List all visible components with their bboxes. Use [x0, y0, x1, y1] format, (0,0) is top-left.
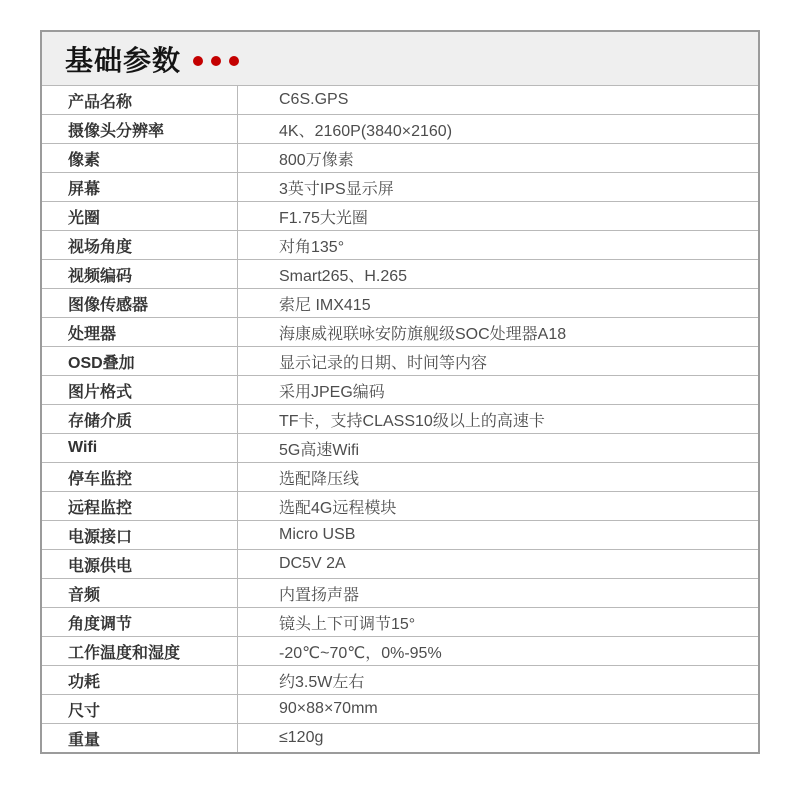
spec-label: 停车监控	[42, 463, 238, 491]
table-row: 存储介质 TF卡，支持CLASS10级以上的高速卡	[42, 404, 758, 433]
spec-label: 产品名称	[42, 86, 238, 114]
spec-value: 对角135°	[238, 231, 758, 259]
spec-value: 90×88×70mm	[238, 695, 758, 723]
spec-label: 摄像头分辨率	[42, 115, 238, 143]
spec-label: 存储介质	[42, 405, 238, 433]
spec-table: 产品名称 C6S.GPS 摄像头分辨率 4K、2160P(3840×2160) …	[42, 85, 758, 752]
spec-label: 角度调节	[42, 608, 238, 636]
spec-value: 显示记录的日期、时间等内容	[238, 347, 758, 375]
table-row: 光圈 F1.75大光圈	[42, 201, 758, 230]
spec-value: 选配4G远程模块	[238, 492, 758, 520]
red-dot-icon	[193, 56, 203, 66]
spec-header: 基础参数	[42, 32, 758, 85]
spec-card: 基础参数 产品名称 C6S.GPS 摄像头分辨率 4K、2160P(3840×2…	[40, 30, 760, 754]
table-row: 停车监控 选配降压线	[42, 462, 758, 491]
spec-value: 采用JPEG编码	[238, 376, 758, 404]
spec-label: 光圈	[42, 202, 238, 230]
spec-label: 尺寸	[42, 695, 238, 723]
spec-label: Wifi	[42, 434, 238, 462]
spec-label: 远程监控	[42, 492, 238, 520]
ellipsis-dots-icon	[193, 56, 239, 66]
spec-label: 功耗	[42, 666, 238, 694]
table-row: 角度调节 镜头上下可调节15°	[42, 607, 758, 636]
spec-value: 索尼 IMX415	[238, 289, 758, 317]
spec-value: 3英寸IPS显示屏	[238, 173, 758, 201]
spec-label: 音频	[42, 579, 238, 607]
red-dot-icon	[229, 56, 239, 66]
spec-label: 图片格式	[42, 376, 238, 404]
spec-value: 800万像素	[238, 144, 758, 172]
spec-value: ≤120g	[238, 724, 758, 752]
table-row: 远程监控 选配4G远程模块	[42, 491, 758, 520]
spec-value: 4K、2160P(3840×2160)	[238, 115, 758, 143]
spec-value: Smart265、H.265	[238, 260, 758, 288]
table-row: Wifi 5G高速Wifi	[42, 433, 758, 462]
table-row: 处理器 海康威视联咏安防旗舰级SOC处理器A18	[42, 317, 758, 346]
spec-label: 电源接口	[42, 521, 238, 549]
table-row: 功耗 约3.5W左右	[42, 665, 758, 694]
spec-label: 视场角度	[42, 231, 238, 259]
table-row: 重量 ≤120g	[42, 723, 758, 752]
table-row: 电源接口 Micro USB	[42, 520, 758, 549]
spec-value: 海康威视联咏安防旗舰级SOC处理器A18	[238, 318, 758, 346]
page-title: 基础参数	[65, 39, 181, 79]
table-row: 图像传感器 索尼 IMX415	[42, 288, 758, 317]
table-row: 像素 800万像素	[42, 143, 758, 172]
spec-value: 选配降压线	[238, 463, 758, 491]
spec-value: TF卡，支持CLASS10级以上的高速卡	[238, 405, 758, 433]
table-row: 尺寸 90×88×70mm	[42, 694, 758, 723]
table-row: 音频 内置扬声器	[42, 578, 758, 607]
spec-value: C6S.GPS	[238, 86, 758, 114]
table-row: 电源供电 DC5V 2A	[42, 549, 758, 578]
spec-label: 处理器	[42, 318, 238, 346]
red-dot-icon	[211, 56, 221, 66]
spec-value: Micro USB	[238, 521, 758, 549]
spec-value: 内置扬声器	[238, 579, 758, 607]
table-row: 视场角度 对角135°	[42, 230, 758, 259]
table-row: OSD叠加 显示记录的日期、时间等内容	[42, 346, 758, 375]
spec-label: 图像传感器	[42, 289, 238, 317]
spec-label: 电源供电	[42, 550, 238, 578]
spec-value: 镜头上下可调节15°	[238, 608, 758, 636]
spec-value: F1.75大光圈	[238, 202, 758, 230]
spec-value: DC5V 2A	[238, 550, 758, 578]
spec-label: 屏幕	[42, 173, 238, 201]
table-row: 视频编码 Smart265、H.265	[42, 259, 758, 288]
table-row: 屏幕 3英寸IPS显示屏	[42, 172, 758, 201]
table-row: 产品名称 C6S.GPS	[42, 85, 758, 114]
spec-label: 视频编码	[42, 260, 238, 288]
spec-label: 工作温度和湿度	[42, 637, 238, 665]
spec-label: OSD叠加	[42, 347, 238, 375]
spec-label: 像素	[42, 144, 238, 172]
spec-value: -20℃~70℃，0%-95%	[238, 637, 758, 665]
spec-value: 约3.5W左右	[238, 666, 758, 694]
table-row: 图片格式 采用JPEG编码	[42, 375, 758, 404]
table-row: 工作温度和湿度 -20℃~70℃，0%-95%	[42, 636, 758, 665]
spec-label: 重量	[42, 724, 238, 752]
spec-value: 5G高速Wifi	[238, 434, 758, 462]
table-row: 摄像头分辨率 4K、2160P(3840×2160)	[42, 114, 758, 143]
